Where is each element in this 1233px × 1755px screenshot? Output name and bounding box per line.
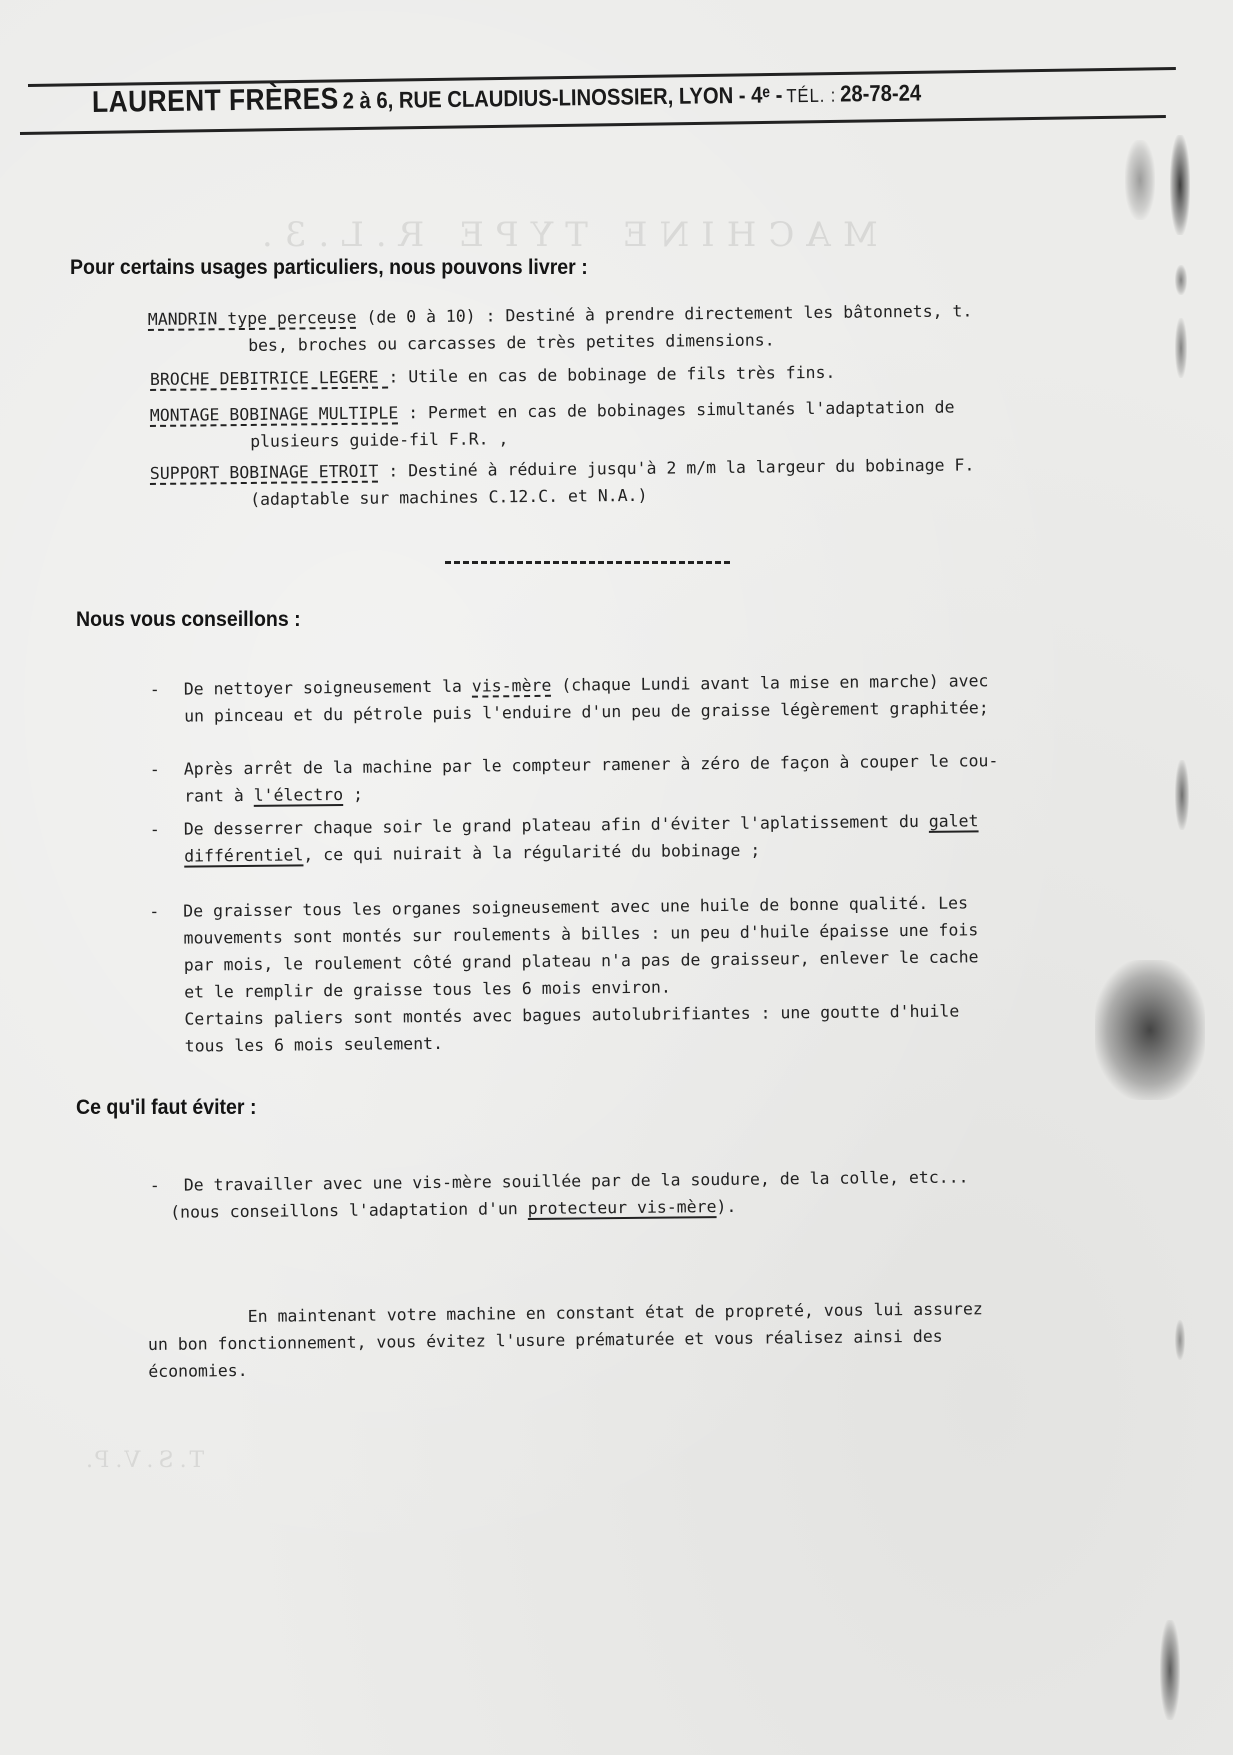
closing-line: En maintenant votre machine en constant …	[248, 1299, 983, 1326]
advice-text: ;	[343, 785, 363, 804]
separator-line	[445, 561, 730, 564]
item-term: MANDRIN type perceuse	[148, 308, 357, 329]
advice-item-1: -De nettoyer soigneusement la vis-mère (…	[150, 667, 989, 730]
item-desc-cont: (adaptable sur machines C.12.C. et N.A.)	[150, 486, 648, 510]
item-desc: : Utile en cas de bobinage de fils très …	[388, 363, 835, 387]
tel-number: 28-78-24	[840, 79, 921, 106]
tel-label: TÉL. :	[786, 86, 836, 108]
avoid-text: (nous conseillons l'adaptation d'un	[170, 1199, 528, 1222]
item-desc: (de 0 à 10) : Destiné à prendre directem…	[356, 301, 972, 326]
advice-text: un pinceau et du pétrole puis l'enduire …	[184, 698, 989, 725]
heading-conseils: Nous vous conseillons :	[76, 608, 301, 632]
item-desc: : Permet en cas de bobinages simultanés …	[398, 398, 954, 423]
advice-underlined: galet	[929, 811, 979, 831]
copy-mark	[1125, 140, 1155, 220]
advice-underlined: vis-mère	[472, 676, 552, 696]
item-desc-cont: plusieurs guide-fil F.R. ,	[150, 429, 508, 452]
bullet: -	[150, 760, 160, 779]
copy-mark	[1160, 1620, 1180, 1720]
company-name: LAURENT FRÈRES	[92, 83, 339, 119]
show-through-title: MACHINE TYPE R.L.3.	[250, 215, 878, 255]
advice-text: , ce qui nuirait à la régularité du bobi…	[303, 841, 760, 865]
closing-line: économies.	[148, 1361, 248, 1381]
advice-item-4: -De graisser tous les organes soigneusem…	[149, 889, 979, 1060]
closing-paragraph: En maintenant votre machine en constant …	[148, 1295, 984, 1385]
closing-line: un bon fonctionnement, vous évitez l'usu…	[148, 1327, 943, 1354]
advice-text: De nettoyer soigneusement la	[184, 677, 472, 699]
advice-text: (chaque Lundi avant la mise en marche) a…	[551, 671, 988, 695]
copy-mark	[1175, 318, 1187, 378]
advice-underlined: différentiel	[184, 845, 303, 865]
bullet: -	[150, 1176, 160, 1195]
copy-mark	[1175, 1320, 1185, 1360]
item-desc: : Destiné à réduire jusqu'à 2 m/m la lar…	[378, 455, 974, 480]
advice-text: par mois, le roulement côté grand platea…	[184, 947, 979, 974]
advice-text: Certains paliers sont montés avec bagues…	[184, 1002, 959, 1029]
avoid-text: De travailler avec une vis-mère souillée…	[184, 1167, 969, 1194]
advice-item-2: -Après arrêt de la machine par le compte…	[150, 747, 999, 810]
advice-text: rant à	[184, 786, 254, 806]
advice-text: mouvements sont montés sur roulements à …	[183, 920, 978, 947]
bullet: -	[150, 820, 160, 839]
show-through-footer: T.S.V.P.	[80, 1448, 204, 1473]
bullet: -	[150, 680, 160, 699]
item-term: SUPPORT BOBINAGE ETROIT	[150, 462, 379, 483]
copy-mark	[1170, 135, 1190, 235]
advice-item-3: -De desserrer chaque soir le grand plate…	[150, 807, 979, 870]
item-support: SUPPORT BOBINAGE ETROIT : Destiné à rédu…	[150, 451, 975, 514]
copy-mark	[1175, 265, 1187, 295]
item-montage: MONTAGE BOBINAGE MULTIPLE : Permet en ca…	[150, 394, 955, 456]
avoid-underlined: protecteur vis-mère	[528, 1197, 717, 1218]
company-address: 2 à 6, RUE CLAUDIUS-LINOSSIER, LYON - 4ᵉ…	[342, 81, 782, 113]
item-term: MONTAGE BOBINAGE MULTIPLE	[150, 403, 399, 425]
item-desc-cont: bes, broches ou carcasses de très petite…	[148, 330, 775, 356]
ink-smudge	[1095, 960, 1205, 1100]
advice-text: De desserrer chaque soir le grand platea…	[184, 812, 929, 839]
advice-text: Après arrêt de la machine par le compteu…	[184, 751, 999, 779]
item-term: BROCHE DEBITRICE LEGERE	[150, 368, 389, 389]
advice-underlined: l'électro	[254, 785, 344, 805]
copy-mark	[1175, 760, 1189, 830]
avoid-item-1: -De travailler avec une vis-mère souillé…	[150, 1163, 969, 1226]
heading-livrer: Pour certains usages particuliers, nous …	[70, 256, 588, 280]
item-mandrin: MANDRIN type perceuse (de 0 à 10) : Dest…	[148, 297, 973, 360]
advice-text: tous les 6 mois seulement.	[185, 1034, 443, 1056]
avoid-text: ).	[716, 1197, 736, 1216]
advice-text: De graisser tous les organes soigneuseme…	[183, 893, 968, 920]
advice-text: et le remplir de graisse tous les 6 mois…	[184, 978, 671, 1002]
heading-eviter: Ce qu'il faut éviter :	[76, 1096, 256, 1120]
bullet: -	[149, 902, 159, 921]
